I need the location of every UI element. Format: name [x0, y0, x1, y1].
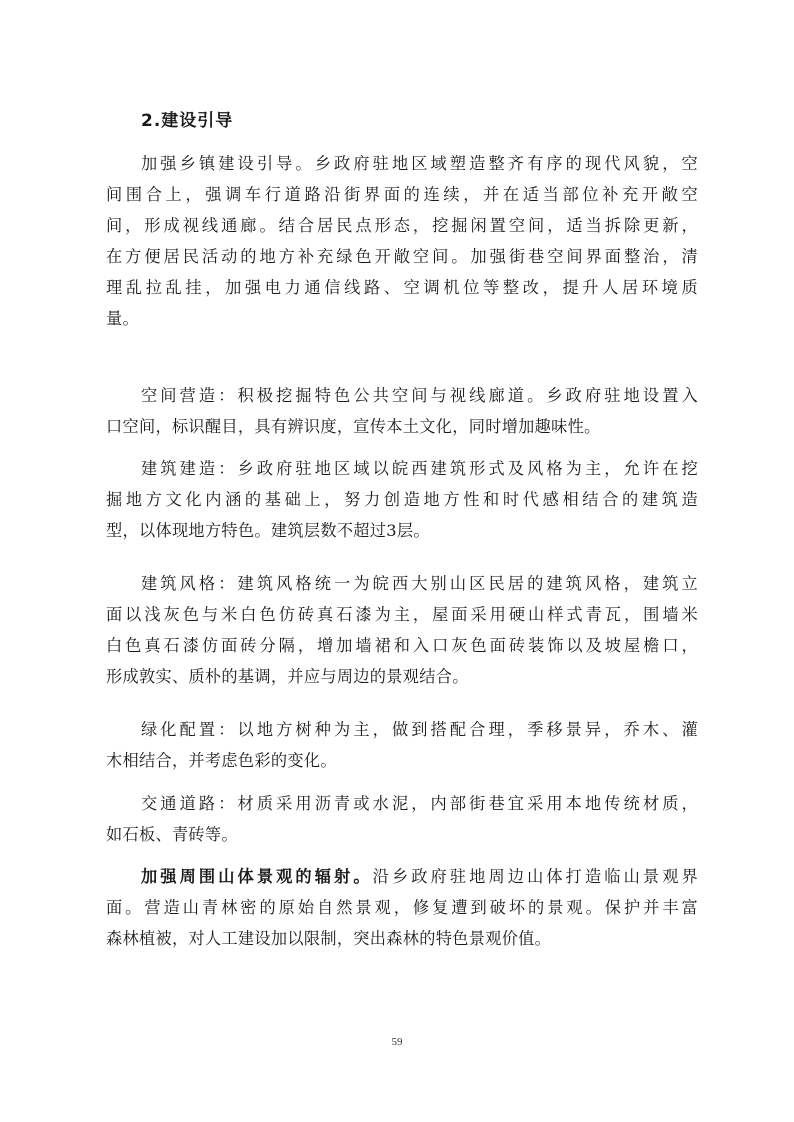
paragraph-line: 形成敦实、质朴的基调，并应与周边的景观结合。: [106, 661, 698, 692]
paragraph-line: 空间营造：积极挖掘特色公共空间与视线廊道。乡政府驻地设置入: [106, 380, 698, 411]
paragraph-line: 量。: [106, 303, 698, 334]
paragraph-line: 木相结合，并考虑色彩的变化。: [106, 745, 698, 776]
paragraph-line: 掘地方文化内涵的基础上，努力创造地方性和时代感相结合的建筑造: [106, 484, 698, 515]
paragraph-line: 间，形成视线通廊。结合居民点形态，挖掘闲置空间，适当拆除更新，: [106, 210, 698, 241]
paragraph-line: 如石板、青砖等。: [106, 819, 698, 850]
paragraph-building-style: 建筑风格：建筑风格统一为皖西大别山区民居的建筑风格，建筑立 面以浅灰色与米白色仿…: [106, 568, 698, 692]
document-page: 2.建设引导 加强乡镇建设引导。乡政府驻地区域塑造整齐有序的现代风貌，空 间围合…: [0, 0, 794, 1122]
paragraph-line: 建筑风格：建筑风格统一为皖西大别山区民居的建筑风格，建筑立: [106, 568, 698, 599]
paragraph-line: 理乱拉乱挂，加强电力通信线路、空调机位等整改，提升人居环境质: [106, 272, 698, 303]
paragraph-township-guidance: 加强乡镇建设引导。乡政府驻地区域塑造整齐有序的现代风貌，空 间围合上，强调车行道…: [106, 148, 698, 334]
paragraph-line: 白色真石漆仿面砖分隔，增加墙裙和入口灰色面砖装饰以及坡屋檐口，: [106, 630, 698, 661]
paragraph-line: 间围合上，强调车行道路沿街界面的连续，并在适当部位补充开敞空: [106, 179, 698, 210]
paragraph-line: 绿化配置：以地方树种为主，做到搭配合理，季移景异，乔木、灌: [106, 714, 698, 745]
paragraph-line: 加强周围山体景观的辐射。沿乡政府驻地周边山体打造临山景观界: [106, 861, 698, 892]
paragraph-space-creation: 空间营造：积极挖掘特色公共空间与视线廊道。乡政府驻地设置入 口空间，标识醒目，具…: [106, 380, 698, 442]
paragraph-line-text: 沿乡政府驻地周边山体打造临山景观界: [373, 867, 698, 886]
page-number: 59: [0, 1036, 794, 1048]
paragraph-mountain-landscape: 加强周围山体景观的辐射。沿乡政府驻地周边山体打造临山景观界 面。营造山青林密的原…: [106, 861, 698, 954]
paragraph-line: 在方便居民活动的地方补充绿色开敞空间。加强街巷空间界面整治，清: [106, 241, 698, 272]
paragraph-line: 口空间，标识醒目，具有辨识度，宣传本土文化，同时增加趣味性。: [106, 411, 698, 442]
paragraph-greening: 绿化配置：以地方树种为主，做到搭配合理，季移景异，乔木、灌 木相结合，并考虑色彩…: [106, 714, 698, 776]
paragraph-line: 森林植被，对人工建设加以限制，突出森林的特色景观价值。: [106, 923, 698, 954]
section-heading: 2.建设引导: [141, 106, 233, 131]
paragraph-line: 面。营造山青林密的原始自然景观，修复遭到破坏的景观。保护并丰富: [106, 892, 698, 923]
paragraph-line: 型，以体现地方特色。建筑层数不超过3层。: [106, 515, 698, 546]
paragraph-line: 面以浅灰色与米白色仿砖真石漆为主，屋面采用硬山样式青瓦，围墙米: [106, 599, 698, 630]
bold-lead-text: 加强周围山体景观的辐射。: [141, 867, 373, 886]
paragraph-line: 加强乡镇建设引导。乡政府驻地区域塑造整齐有序的现代风貌，空: [106, 148, 698, 179]
paragraph-line: 交通道路：材质采用沥青或水泥，内部街巷宜采用本地传统材质，: [106, 788, 698, 819]
paragraph-roads: 交通道路：材质采用沥青或水泥，内部街巷宜采用本地传统材质， 如石板、青砖等。: [106, 788, 698, 850]
paragraph-building-construction: 建筑建造：乡政府驻地区域以皖西建筑形式及风格为主，允许在挖 掘地方文化内涵的基础…: [106, 453, 698, 546]
paragraph-line: 建筑建造：乡政府驻地区域以皖西建筑形式及风格为主，允许在挖: [106, 453, 698, 484]
